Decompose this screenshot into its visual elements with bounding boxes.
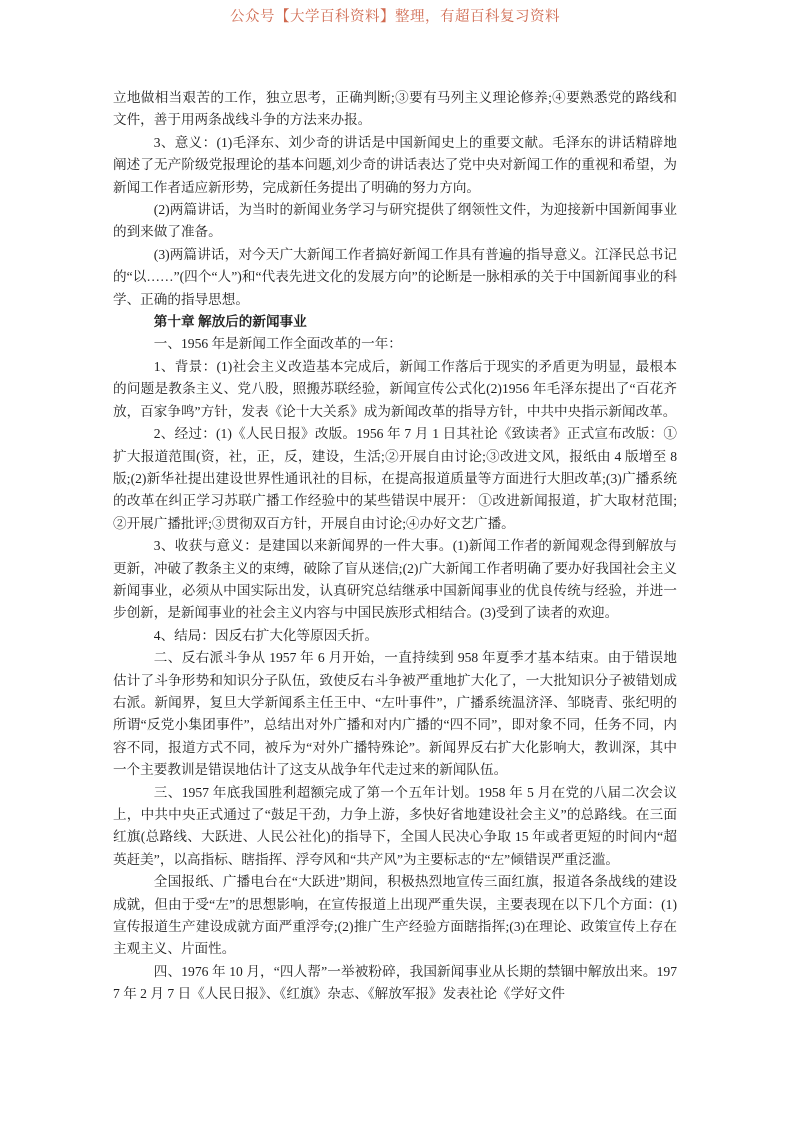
paragraph-great-leap-press-errors: 全国报纸、广播电台在“大跃进”期间，积极热烈地宣传三面红旗，报道各条战线的建设成… <box>113 871 677 961</box>
paragraph-1976-gang-of-four: 四、1976 年 10 月，“四人帮”一举被粉碎，我国新闻事业从长期的禁锢中解放… <box>113 961 677 1006</box>
paragraph-continued-from-previous-page: 立地做相当艰苦的工作，独立思考，正确判断;③要有马列主义理论修养;④要熟悉党的路… <box>113 87 677 132</box>
paragraph-outcome: 4、结局：因反右扩大化等原因夭折。 <box>113 625 677 647</box>
paragraph-two-talks-point2: (2)两篇讲话，为当时的新闻业务学习与研究提供了纲领性文件，为迎接新中国新闻事业… <box>113 199 677 244</box>
paragraph-significance: 3、意义：(1)毛泽东、刘少奇的讲话是中国新闻史上的重要文献。毛泽东的讲话精辟地… <box>113 132 677 199</box>
paragraph-process: 2、经过：(1)《人民日报》改版。1956 年 7 月 1 日其社论《致读者》正… <box>113 423 677 535</box>
paragraph-gains-and-significance: 3、收获与意义：是建国以来新闻界的一件大事。(1)新闻工作者的新闻观念得到解放与… <box>113 535 677 625</box>
chapter-10-heading: 第十章 解放后的新闻事业 <box>113 311 677 333</box>
document-page: 公众号【大学百科资料】整理，有超百科复习资料 立地做相当艰苦的工作，独立思考，正… <box>0 0 793 1122</box>
paragraph-anti-rightist-struggle: 二、反右派斗争从 1957 年 6 月开始，一直持续到 958 年夏季才基本结束… <box>113 647 677 781</box>
paragraph-background: 1、背景：(1)社会主义改造基本完成后，新闻工作落后于现实的矛盾更为明显，最根本… <box>113 356 677 423</box>
section-1-heading-1956-reform: 一、1956 年是新闻工作全面改革的一年： <box>113 333 677 355</box>
page-header-watermark: 公众号【大学百科资料】整理，有超百科复习资料 <box>113 9 677 26</box>
paragraph-two-talks-point3: (3)两篇讲话，对今天广大新闻工作者搞好新闻工作具有普遍的指导意义。江泽民总书记… <box>113 244 677 311</box>
paragraph-five-year-plan-general-line: 三、1957 年底我国胜利超额完成了第一个五年计划。1958 年 5 月在党的八… <box>113 782 677 872</box>
document-body: 立地做相当艰苦的工作，独立思考，正确判断;③要有马列主义理论修养;④要熟悉党的路… <box>113 87 677 1006</box>
